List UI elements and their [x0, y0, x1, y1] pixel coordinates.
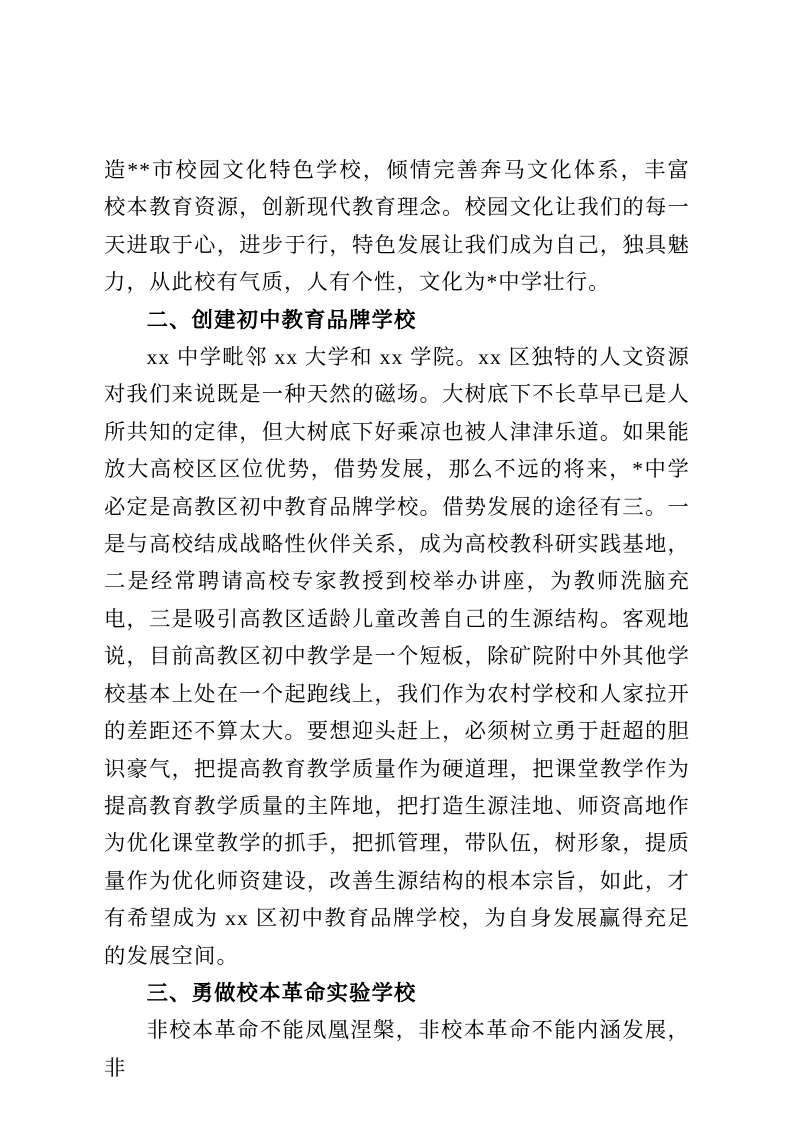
section-heading-3-school-based-revolution: 三、勇做校本革命实验学校: [104, 975, 690, 1012]
document-text-area: 造**市校园文化特色学校，倾情完善奔马文化体系，丰富校本教育资源，创新现代教育理…: [104, 152, 690, 1087]
paragraph-school-based-revolution-partial: 非校本革命不能凤凰涅槃，非校本革命不能内涵发展，非: [104, 1012, 690, 1087]
paragraph-continuation-campus-culture: 造**市校园文化特色学校，倾情完善奔马文化体系，丰富校本教育资源，创新现代教育理…: [104, 152, 690, 302]
paragraph-brand-school-body: xx 中学毗邻 xx 大学和 xx 学院。xx 区独特的人文资源对我们来说既是一…: [104, 339, 690, 975]
section-heading-2-brand-school: 二、创建初中教育品牌学校: [104, 302, 690, 339]
document-page: 造**市校园文化特色学校，倾情完善奔马文化体系，丰富校本教育资源，创新现代教育理…: [0, 0, 793, 1122]
